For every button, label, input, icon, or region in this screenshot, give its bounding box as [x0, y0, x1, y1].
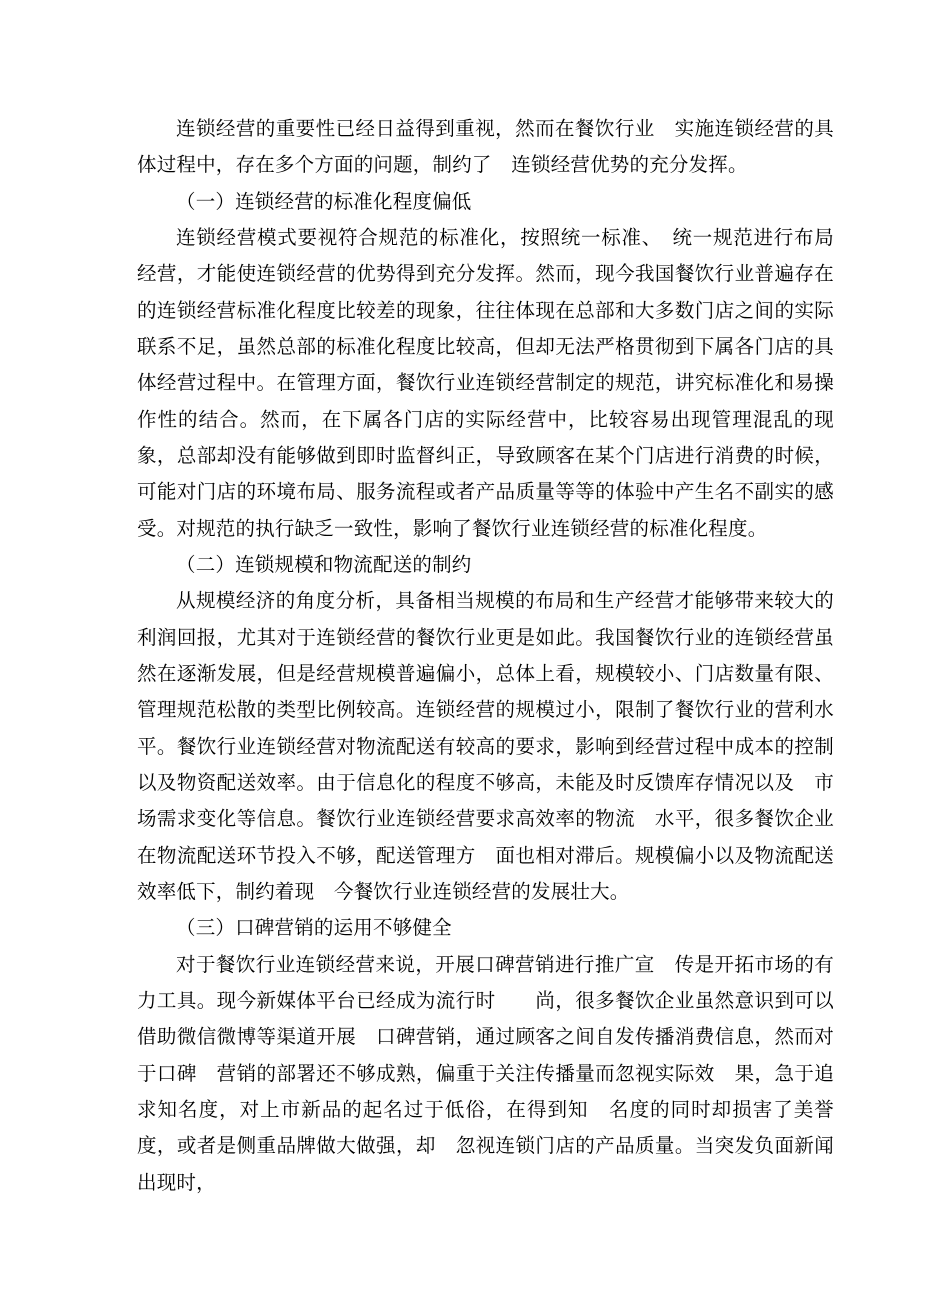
- paragraph-section-1-body: 连锁经营模式要视符合规范的标准化，按照统一标准、 统一规范进行布局经营，才能使连…: [137, 221, 834, 548]
- paragraph-section-3-body: 对于餐饮行业连锁经营来说，开展口碑营销进行推广宣 传是开拓市场的有力工具。现今新…: [137, 948, 834, 1202]
- document-page: 连锁经营的重要性已经日益得到重视，然而在餐饮行业 实施连锁经营的具体过程中，存在…: [137, 112, 834, 1202]
- section-heading-2: （二）连锁规模和物流配送的制约: [137, 548, 834, 584]
- section-heading-3: （三）口碑营销的运用不够健全: [137, 911, 834, 947]
- paragraph-section-2-body: 从规模经济的角度分析，具备相当规模的布局和生产经营才能够带来较大的利润回报，尤其…: [137, 584, 834, 911]
- paragraph-intro: 连锁经营的重要性已经日益得到重视，然而在餐饮行业 实施连锁经营的具体过程中，存在…: [137, 112, 834, 185]
- section-heading-1: （一）连锁经营的标准化程度偏低: [137, 185, 834, 221]
